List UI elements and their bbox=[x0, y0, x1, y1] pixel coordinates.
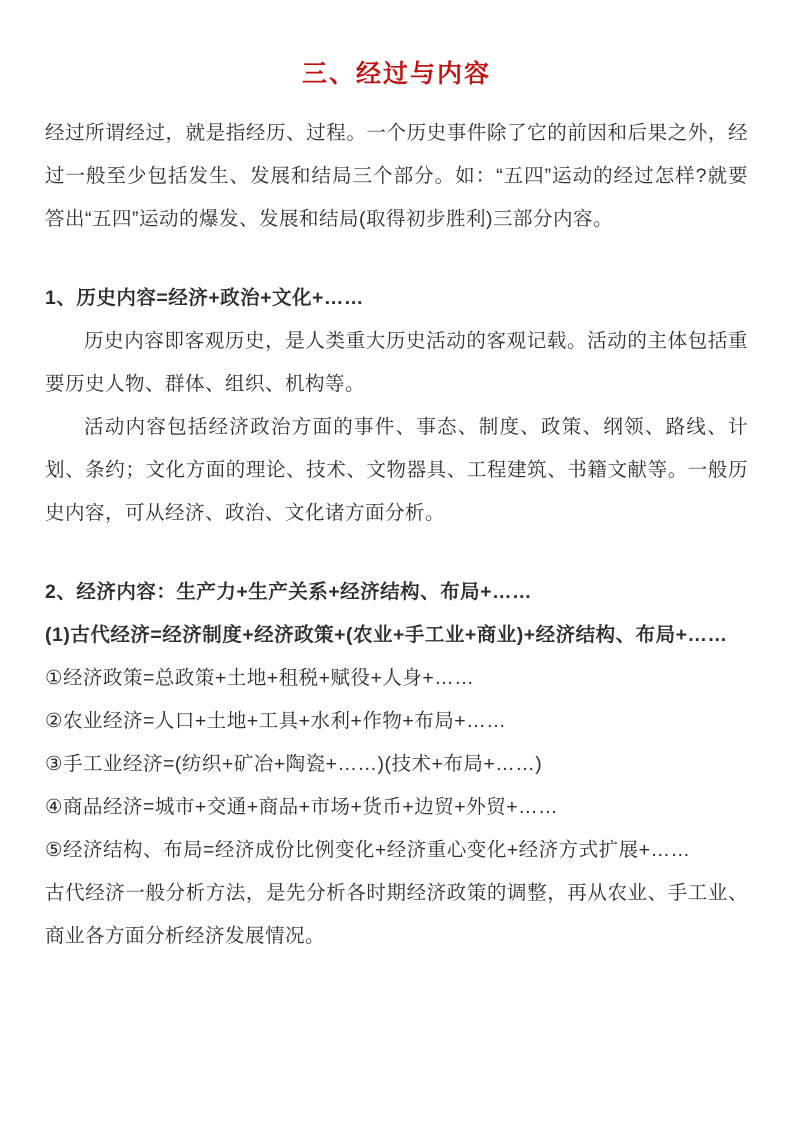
section1-paragraph-2: 活动内容包括经济政治方面的事件、事态、制度、政策、纲领、路线、计划、条约；文化方… bbox=[45, 406, 748, 535]
formula-item-3: ③手工业经济=(纺织+矿冶+陶瓷+……)(技术+布局+……) bbox=[45, 743, 748, 786]
formula-item-5: ⑤经济结构、布局=经济成份比例变化+经济重心变化+经济方式扩展+…… bbox=[45, 829, 748, 872]
page-title: 三、经过与内容 bbox=[45, 58, 748, 90]
section2-subheading: (1)古代经济=经济制度+经济政策+(农业+手工业+商业)+经济结构、布局+…… bbox=[45, 614, 748, 657]
formula-item-1: ①经济政策=总政策+土地+租税+赋役+人身+…… bbox=[45, 657, 748, 700]
section1-heading: 1、历史内容=经济+政治+文化+…… bbox=[45, 277, 748, 320]
section2-heading: 2、经济内容：生产力+生产关系+经济结构、布局+…… bbox=[45, 571, 748, 614]
closing-paragraph: 古代经济一般分析方法，是先分析各时期经济政策的调整，再从农业、手工业、商业各方面… bbox=[45, 872, 748, 958]
document-page: 三、经过与内容 经过所谓经过，就是指经历、过程。一个历史事件除了它的前因和后果之… bbox=[0, 0, 793, 1122]
section1-paragraph-1: 历史内容即客观历史，是人类重大历史活动的客观记载。活动的主体包括重要历史人物、群… bbox=[45, 320, 748, 406]
formula-item-4: ④商品经济=城市+交通+商品+市场+货币+边贸+外贸+…… bbox=[45, 786, 748, 829]
intro-paragraph: 经过所谓经过，就是指经历、过程。一个历史事件除了它的前因和后果之外，经过一般至少… bbox=[45, 112, 748, 241]
formula-item-2: ②农业经济=人口+土地+工具+水利+作物+布局+…… bbox=[45, 700, 748, 743]
